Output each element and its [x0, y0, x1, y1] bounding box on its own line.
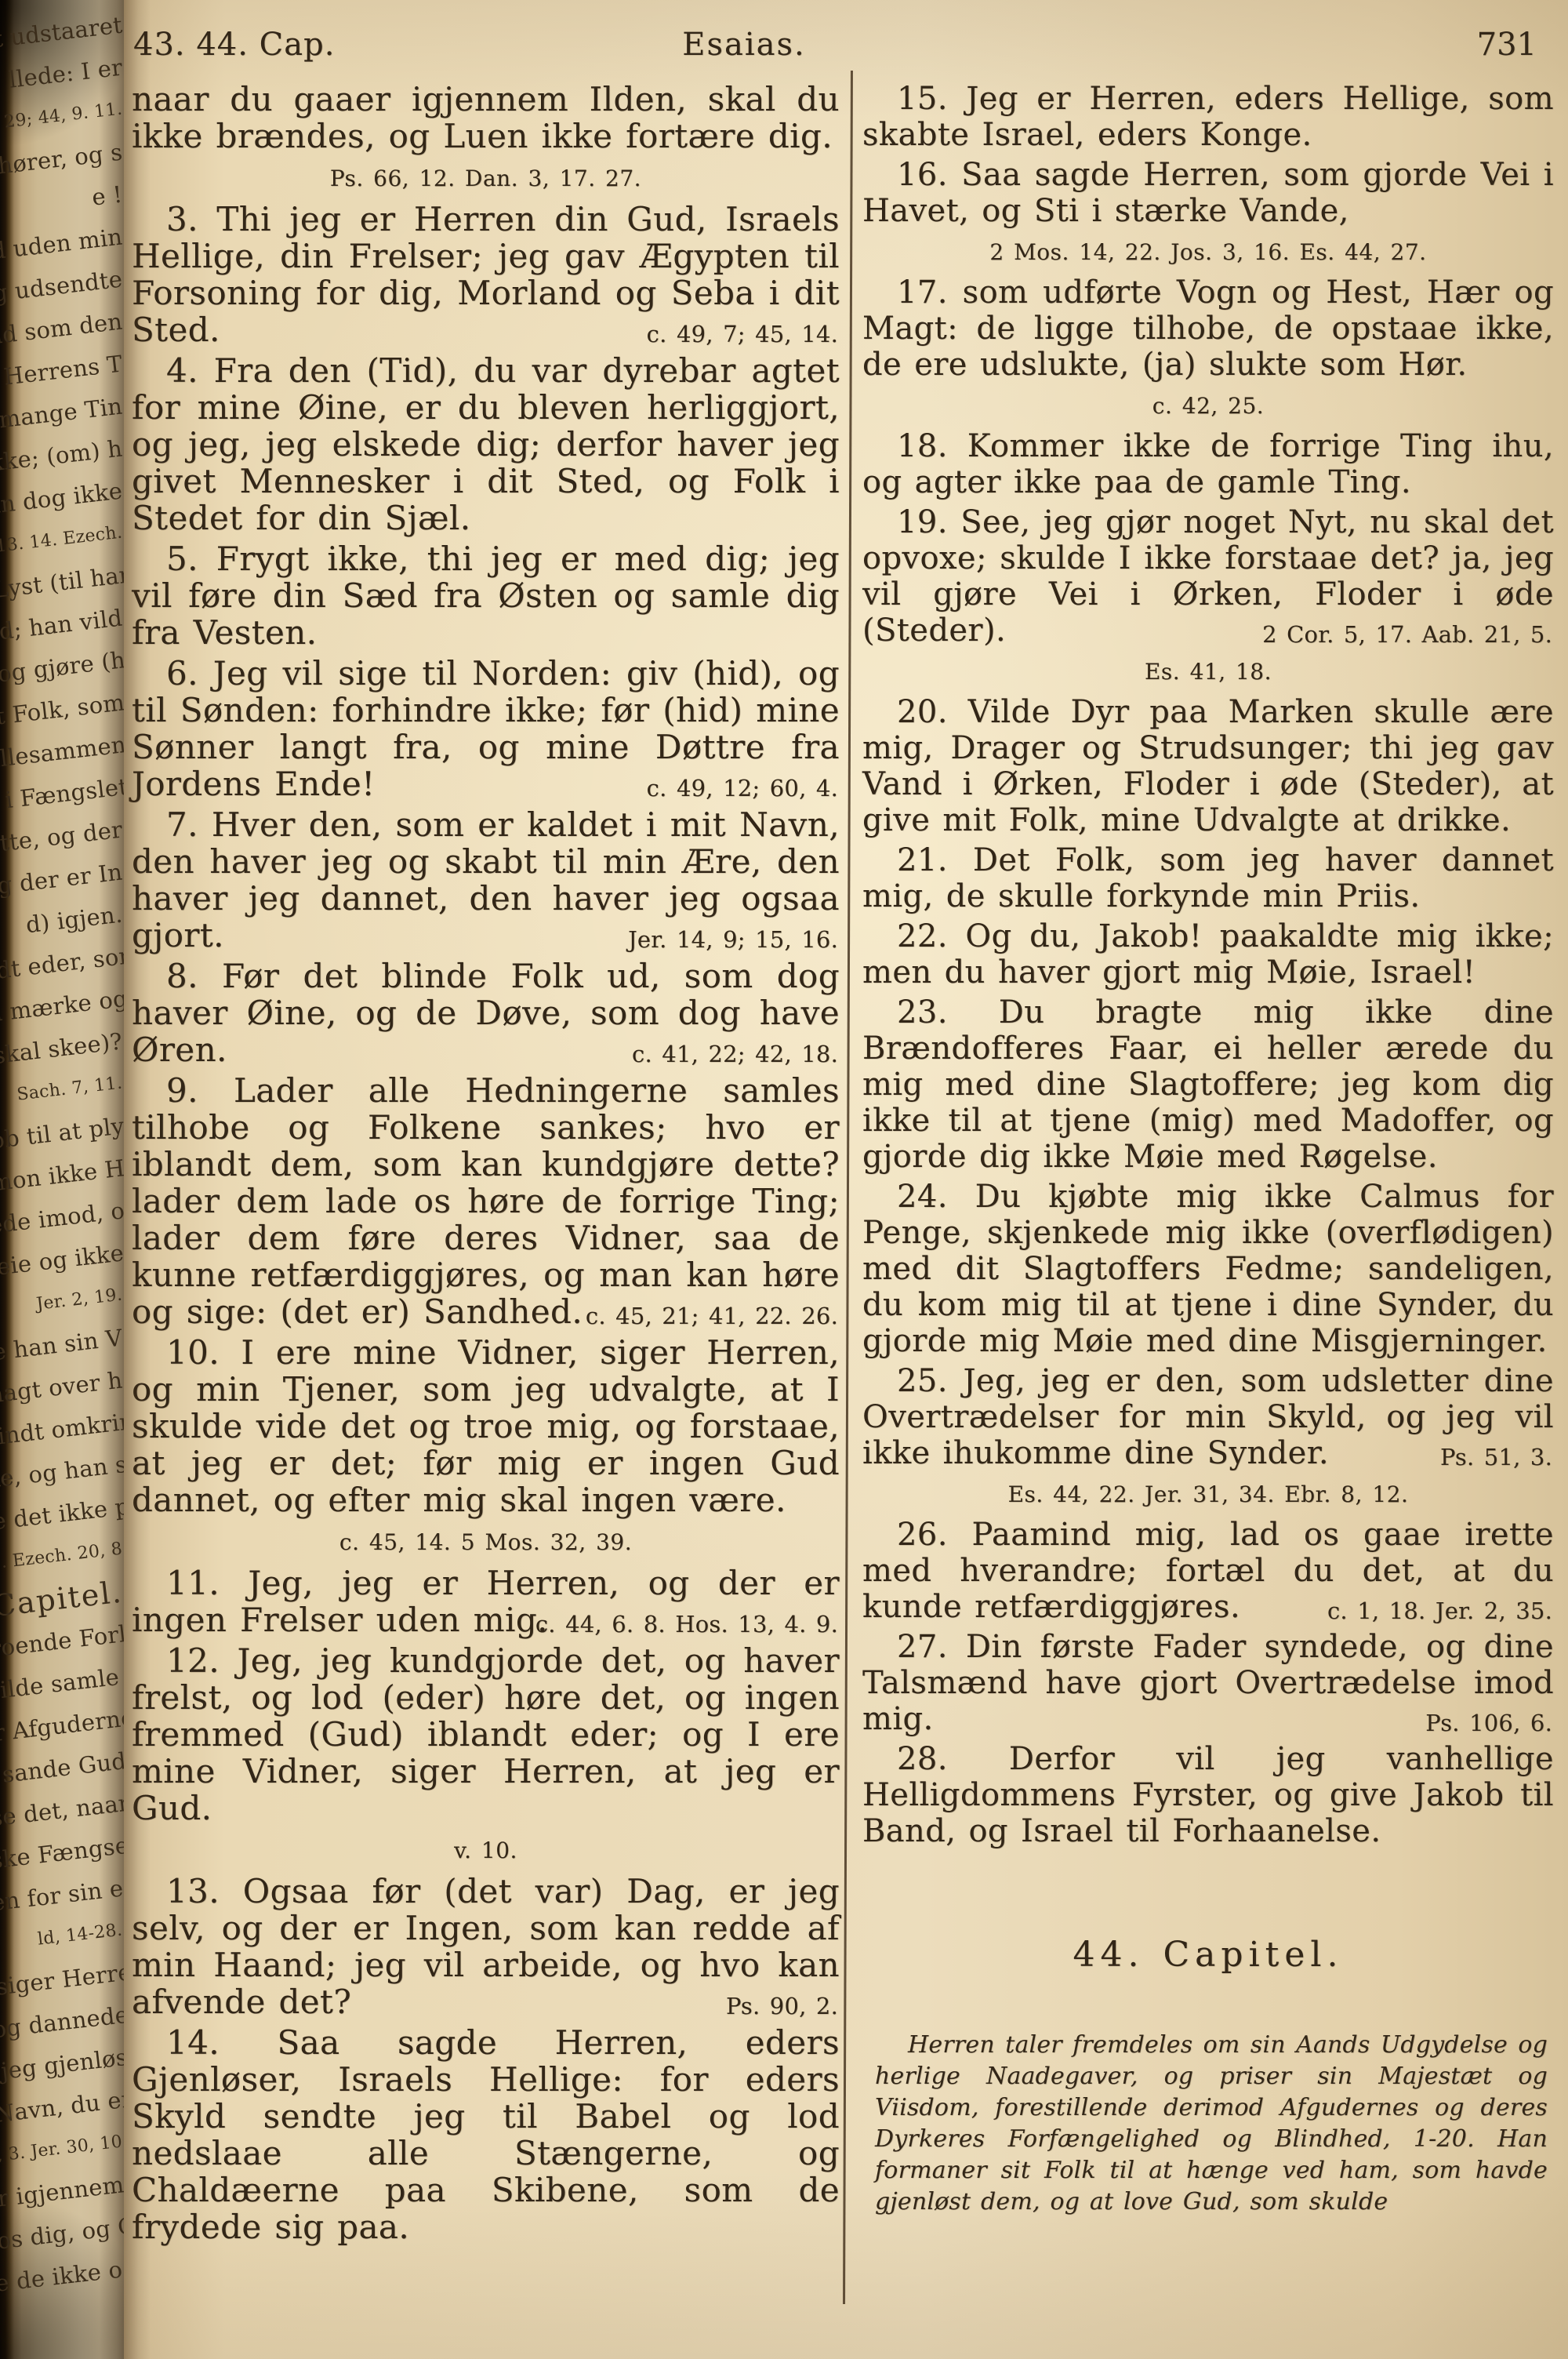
centered-cross-reference: c. 42, 25.	[862, 388, 1554, 424]
verse-paragraph: 18. Kommer ikke de forrige Ting ihu, og …	[862, 428, 1554, 500]
verse-text: Saa sagde Herren, eders Gjenløser, Israe…	[132, 2023, 840, 2246]
verse-number: 19.	[897, 504, 948, 540]
verse-text: Og du, Jakob! paakaldte mig ikke; men du…	[862, 918, 1554, 990]
book-page: 43. 44. Cap. Esaias. 731 naar du gaaer i…	[124, 0, 1568, 2359]
centered-cross-reference: c. 45, 14. 5 Mos. 32, 39.	[132, 1524, 840, 1561]
verse-number: 27.	[897, 1629, 948, 1665]
inline-cross-reference: Ps. 51, 3.	[1406, 1446, 1552, 1469]
inline-cross-reference: c. 41, 22; 42, 18.	[597, 1043, 838, 1066]
verse-paragraph: 14. Saa sagde Herren, eders Gjenløser, I…	[132, 2024, 840, 2245]
verse-text: Saa sagde Herren, som gjorde Vei i Havet…	[862, 157, 1554, 229]
verse-paragraph: 11. Jeg, jeg er Herren, og der er ingen …	[132, 1565, 840, 1638]
verse-text: Frygt ikke, thi jeg er med dig; jeg vil …	[132, 540, 840, 652]
verse-number: 17.	[897, 274, 948, 311]
verse-text: 44. Capitel.	[1073, 1935, 1344, 1975]
centered-cross-reference: v. 10.	[132, 1832, 840, 1869]
verse-paragraph: 5. Frygt ikke, thi jeg er med dig; jeg v…	[132, 540, 840, 651]
centered-cross-reference: 2 Mos. 14, 22. Jos. 3, 16. Es. 44, 27.	[862, 234, 1554, 271]
verse-number: 6.	[166, 654, 198, 692]
verse-paragraph: 8. Før det blinde Folk ud, som dog haver…	[132, 958, 840, 1068]
header-book-title: Esaias.	[22, 27, 1466, 63]
inline-cross-reference: c. 1, 18. Jer. 2, 35.	[1293, 1600, 1552, 1623]
verse-text: Derfor vil jeg vanhellige Helligdommens …	[862, 1741, 1554, 1849]
verse-text: som udførte Vogn og Hest, Hær og Magt: d…	[862, 274, 1554, 383]
verse-paragraph: 15. Jeg er Herren, eders Hellige, som sk…	[862, 81, 1554, 153]
chapter-summary: Herren taler fremdeles om sin Aands Udgy…	[875, 2030, 1548, 2218]
verse-text: v. 10.	[454, 1837, 517, 1863]
verse-number: 13.	[166, 1872, 220, 1910]
verse-number: 15.	[897, 81, 948, 117]
verse-number: 7.	[166, 805, 198, 844]
verse-number: 24.	[897, 1179, 948, 1215]
inline-cross-reference: c. 49, 12; 60, 4.	[612, 777, 838, 800]
verse-paragraph: 3. Thi jeg er Herren din Gud, Israels He…	[132, 201, 840, 348]
verse-paragraph: 21. Det Folk, som jeg haver dannet mig, …	[862, 842, 1554, 914]
verse-number: 22.	[897, 918, 948, 954]
verse-paragraph: 26. Paamind mig, lad os gaae irette med …	[862, 1517, 1554, 1625]
verse-text: Du kjøbte mig ikke Calmus for Penge, skj…	[862, 1179, 1554, 1359]
verse-text: c. 42, 25.	[1152, 393, 1264, 419]
verse-paragraph: 12. Jeg, jeg kundgjorde det, og haver fr…	[132, 1642, 840, 1826]
verse-paragraph: 17. som udførte Vogn og Hest, Hær og Mag…	[862, 274, 1554, 383]
verse-paragraph: 28. Derfor vil jeg vanhellige Helligdomm…	[862, 1741, 1554, 1849]
verse-paragraph: 24. Du kjøbte mig ikke Calmus for Penge,…	[862, 1179, 1554, 1359]
verse-paragraph: 19. See, jeg gjør noget Nyt, nu skal det…	[862, 504, 1554, 649]
inline-cross-reference: 2 Cor. 5, 17. Aab. 21, 5.	[1228, 623, 1552, 646]
verse-number: 18.	[897, 428, 948, 464]
verse-number: 9.	[166, 1071, 198, 1110]
verse-text: I ere mine Vidner, siger Herren, og min …	[132, 1333, 840, 1519]
verse-paragraph: 10. I ere mine Vidner, siger Herren, og …	[132, 1334, 840, 1518]
verse-number: 21.	[897, 842, 948, 878]
verse-paragraph: 22. Og du, Jakob! paakaldte mig ikke; me…	[862, 918, 1554, 990]
verse-number: 11.	[166, 1564, 220, 1602]
chapter-heading: 44. Capitel.	[862, 1937, 1554, 1973]
inline-cross-reference: c. 49, 7; 45, 14.	[612, 323, 838, 346]
verse-text: Es. 44, 22. Jer. 31, 34. Ebr. 8, 12.	[1008, 1481, 1409, 1507]
verse-paragraph: 16. Saa sagde Herren, som gjorde Vei i H…	[862, 157, 1554, 229]
verse-text: Du bragte mig ikke dine Brændofferes Faa…	[862, 994, 1554, 1175]
verse-text: Lader alle Hedningerne samles tilhobe og…	[132, 1071, 840, 1331]
verse-text: Vilde Dyr paa Marken skulle ære mig, Dra…	[862, 694, 1554, 838]
verse-number: 3.	[166, 200, 198, 238]
verse-text: Kommer ikke de forrige Ting ihu, og agte…	[862, 428, 1554, 500]
column-divider	[843, 71, 853, 2304]
verse-paragraph: 13. Ogsaa før (det var) Dag, er jeg selv…	[132, 1873, 840, 2020]
verse-paragraph: 6. Jeg vil sige til Norden: giv (hid), o…	[132, 655, 840, 802]
verse-text: Herren taler fremdeles om sin Aands Udgy…	[875, 2031, 1548, 2215]
verse-number: 26.	[897, 1517, 948, 1553]
verse-text: Es. 41, 18.	[1145, 659, 1272, 685]
verse-number: 28.	[897, 1741, 948, 1777]
verse-paragraph: 25. Jeg, jeg er den, som udsletter dine …	[862, 1363, 1554, 1471]
verse-number: 12.	[166, 1641, 220, 1680]
verse-number: 23.	[897, 994, 948, 1030]
header-page-number: 731	[1477, 27, 1537, 63]
verse-number: 5.	[166, 540, 198, 578]
verse-text: 2 Mos. 14, 22. Jos. 3, 16. Es. 44, 27.	[989, 239, 1426, 265]
centered-cross-reference: Es. 44, 22. Jer. 31, 34. Ebr. 8, 12.	[862, 1477, 1554, 1513]
verse-paragraph: 27. Din første Fader syndede, og dine Ta…	[862, 1629, 1554, 1737]
verse-continuation: naar du gaaer igjennem Ilden, skal du ik…	[132, 81, 840, 154]
inline-cross-reference: Ps. 90, 2.	[691, 1995, 838, 2018]
verse-number: 8.	[166, 957, 198, 995]
verse-text: Det Folk, som jeg haver dannet mig, de s…	[862, 842, 1554, 914]
verse-paragraph: 9. Lader alle Hedningerne samles tilhobe…	[132, 1072, 840, 1330]
verse-number: 14.	[166, 2023, 220, 2062]
verse-text: c. 45, 14. 5 Mos. 32, 39.	[339, 1529, 632, 1555]
verse-paragraph: 20. Vilde Dyr paa Marken skulle ære mig,…	[862, 694, 1554, 838]
previous-page-fragments: t udstaaretllede: I er, 29; 44, 9. 11.e,…	[0, 3, 124, 2290]
verse-text: Fra den (Tid), du var dyrebar agtet for …	[132, 351, 840, 537]
book-photo: { "page": { "header": { "chapter_ref": "…	[0, 0, 1568, 2359]
column-left: naar du gaaer igjennem Ilden, skal du ik…	[132, 77, 840, 2249]
verse-paragraph: 23. Du bragte mig ikke dine Brændofferes…	[862, 994, 1554, 1175]
centered-cross-reference: Ps. 66, 12. Dan. 3, 17. 27.	[132, 160, 840, 197]
verse-paragraph: 7. Hver den, som er kaldet i mit Navn, d…	[132, 806, 840, 954]
verse-text: Ps. 66, 12. Dan. 3, 17. 27.	[330, 165, 641, 191]
verse-text: Jeg, jeg kundgjorde det, og haver frelst…	[132, 1641, 840, 1827]
inline-cross-reference: c. 44, 6. 8. Hos. 13, 4. 9.	[501, 1613, 838, 1636]
inline-cross-reference: Ps. 106, 6.	[1391, 1712, 1552, 1735]
inline-cross-reference: Jer. 14, 9; 15, 16.	[593, 929, 838, 951]
verse-number: 20.	[897, 694, 948, 730]
verse-number: 4.	[166, 351, 198, 390]
verse-number: 10.	[166, 1333, 220, 1372]
verse-text: naar du gaaer igjennem Ilden, skal du ik…	[132, 80, 840, 155]
verse-paragraph: 4. Fra den (Tid), du var dyrebar agtet f…	[132, 352, 840, 536]
verse-text: Jeg er Herren, eders Hellige, som skabte…	[862, 81, 1554, 153]
centered-cross-reference: Es. 41, 18.	[862, 654, 1554, 690]
previous-page-edge: t udstaaretllede: I er, 29; 44, 9. 11.e,…	[0, 0, 124, 2359]
verse-number: 25.	[897, 1363, 948, 1399]
column-right: 15. Jeg er Herren, eders Hellige, som sk…	[862, 77, 1554, 2218]
verse-number: 16.	[897, 157, 948, 193]
inline-cross-reference: c. 45, 21; 41, 22. 26.	[551, 1305, 838, 1328]
